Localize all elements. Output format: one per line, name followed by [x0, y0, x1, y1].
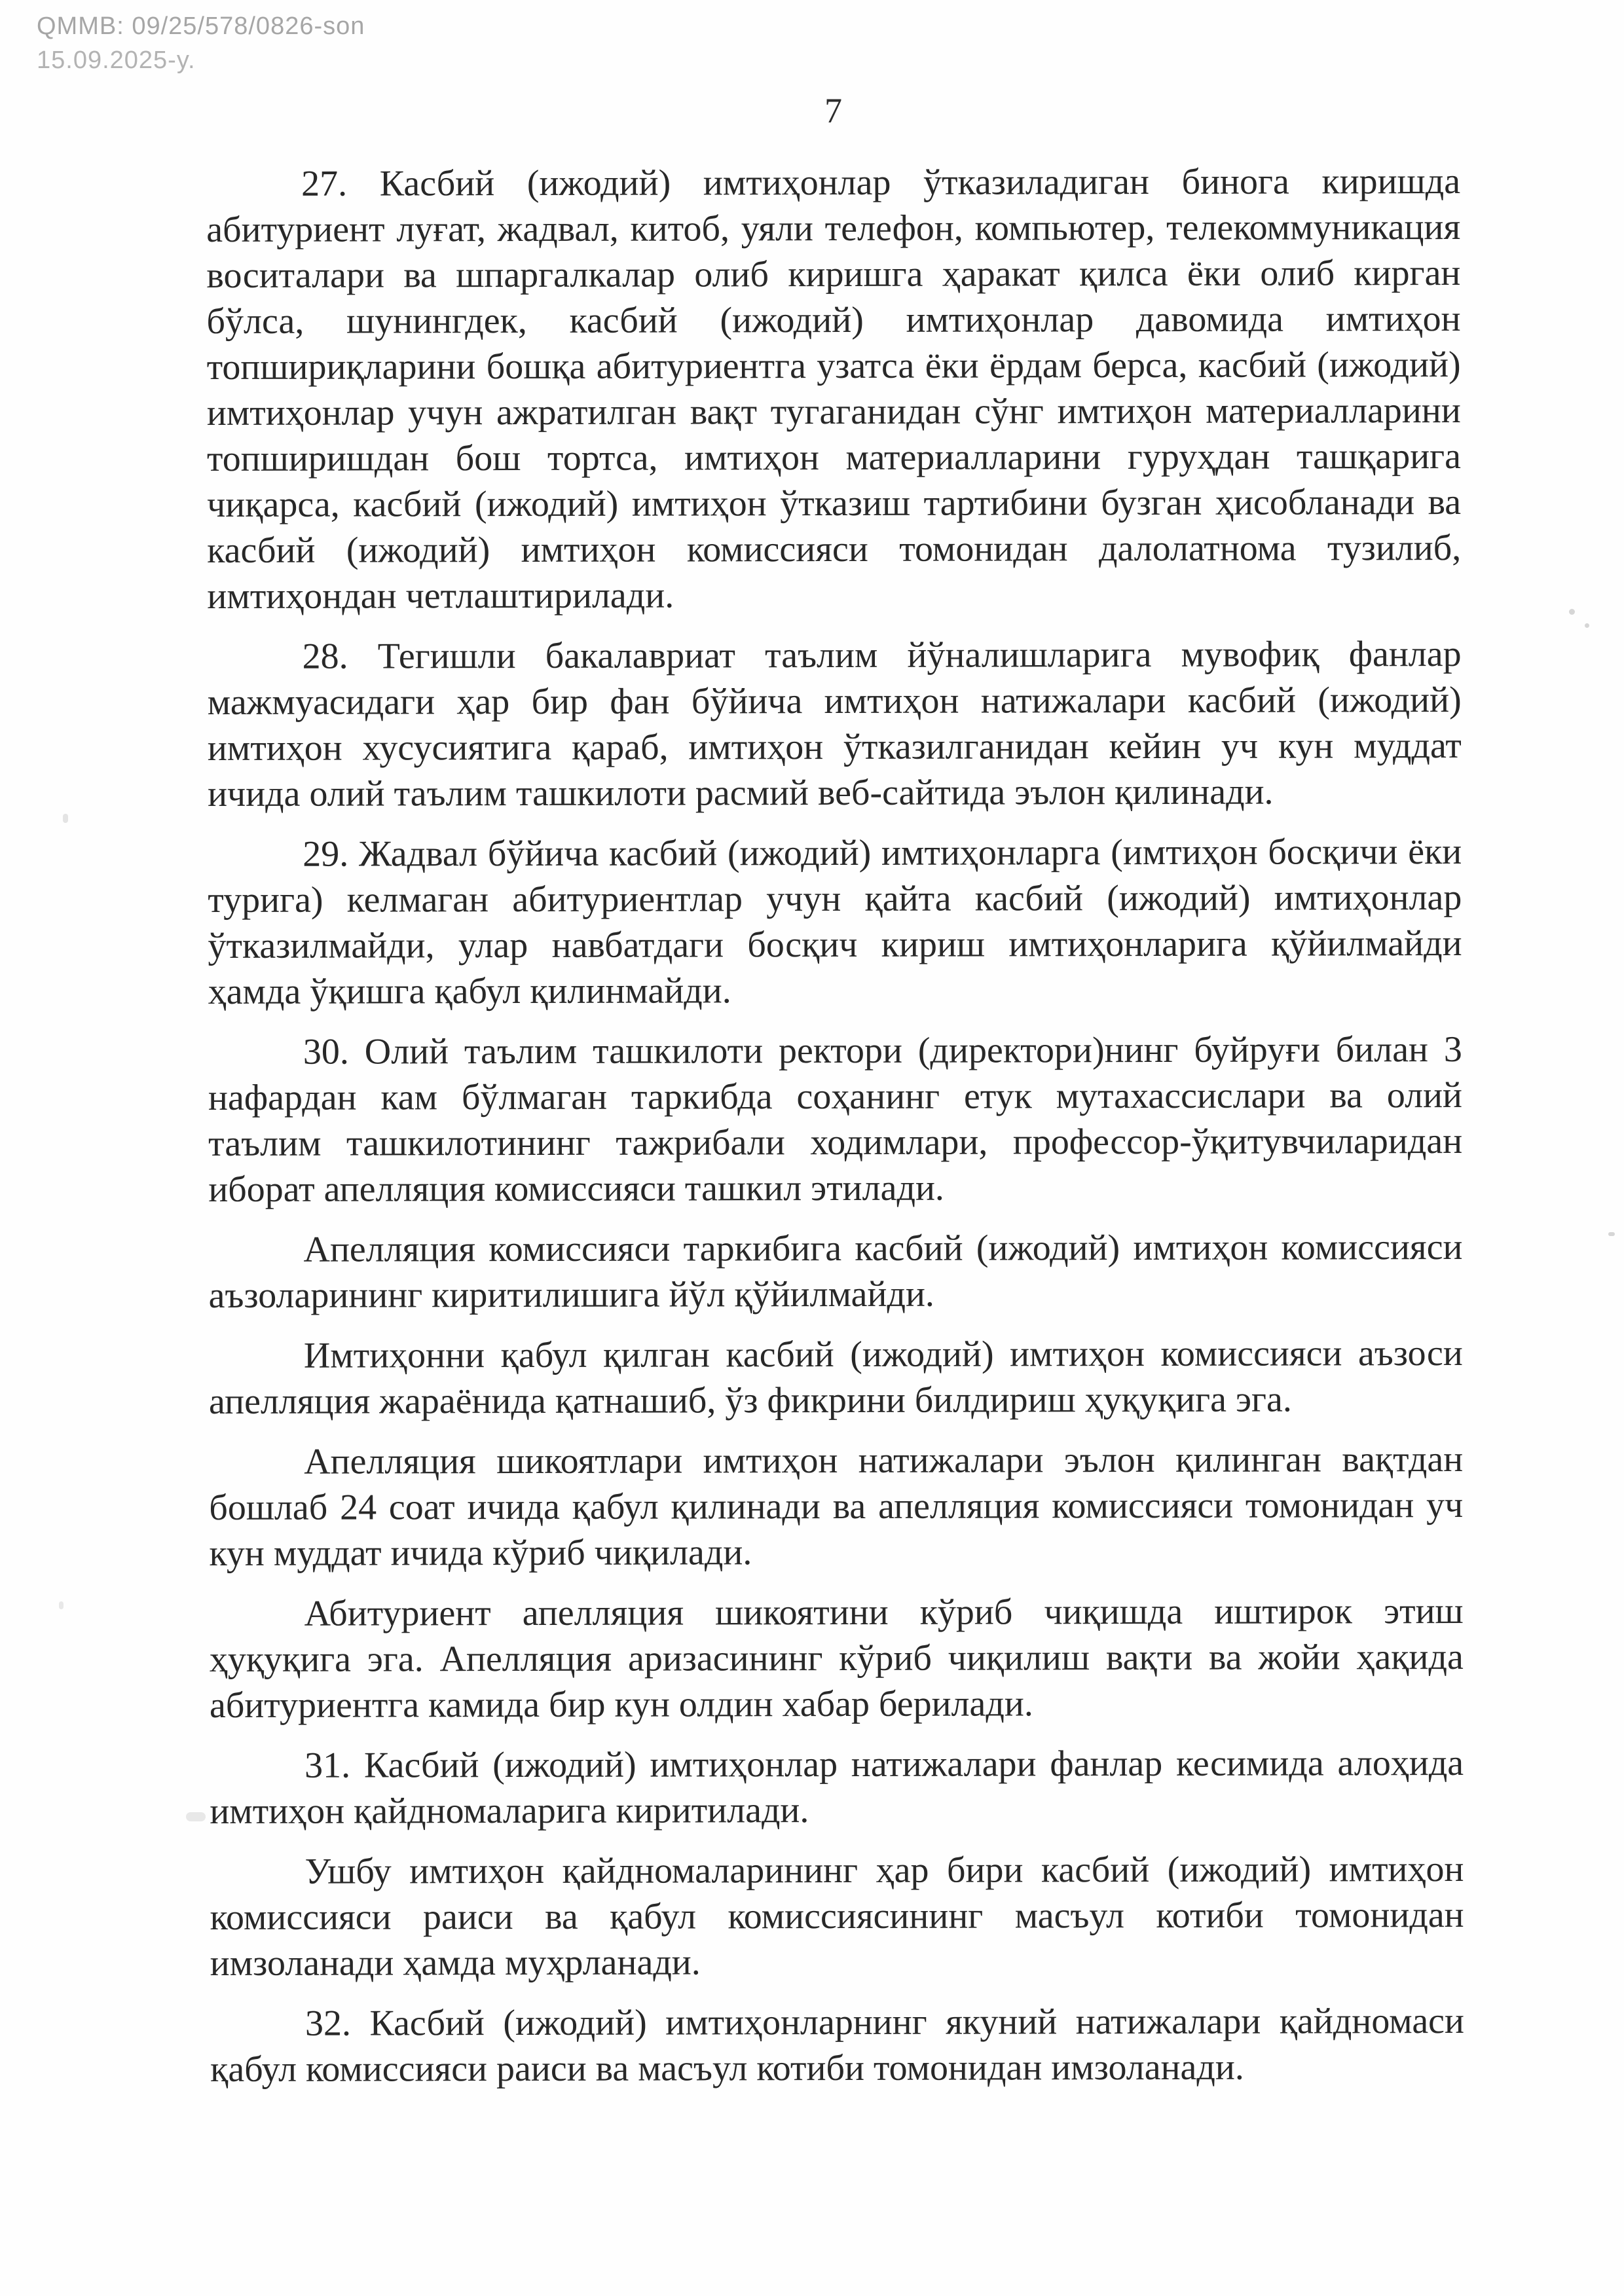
registration-date: 15.09.2025-y.	[37, 43, 365, 77]
paragraph-32: 32. Касбий (ижодий) имтиҳонларнинг якуни…	[210, 1998, 1464, 2092]
registration-header: QMMB: 09/25/578/0826-son 15.09.2025-y.	[37, 9, 365, 77]
registration-number: QMMB: 09/25/578/0826-son	[37, 9, 365, 43]
paragraph-31-sub-1: Ушбу имтиҳон қайдномаларининг ҳар бири к…	[210, 1846, 1464, 1986]
paragraph-30-sub-3: Апелляция шикоятлари имтиҳон натижалари …	[209, 1436, 1463, 1576]
scan-artifact	[186, 1812, 206, 1821]
paragraph-30-sub-2: Имтиҳонни қабул қилган касбий (ижодий) и…	[209, 1330, 1463, 1425]
paragraph-30-sub-4: Абитуриент апелляция шикоятини кўриб чиқ…	[210, 1588, 1464, 1728]
page-number: 7	[206, 90, 1460, 131]
paragraph-28: 28. Тегишли бакалавриат таълим йўналишла…	[208, 631, 1462, 817]
scan-artifact	[1608, 1232, 1615, 1236]
document-body: 27. Касбий (ижодий) имтиҳонлар ўтказилад…	[206, 158, 1464, 2107]
paragraph-29: 29. Жадвал бўйича касбий (ижодий) имтиҳо…	[208, 829, 1462, 1015]
paragraph-30: 30. Олий таълим ташкилоти ректори (дирек…	[208, 1027, 1463, 1212]
scan-artifact	[1585, 623, 1589, 628]
paragraph-31: 31. Касбий (ижодий) имтиҳонлар натижалар…	[210, 1740, 1464, 1834]
scanned-document-page: QMMB: 09/25/578/0826-son 15.09.2025-y. 7…	[0, 0, 1624, 2296]
scan-artifact	[59, 1601, 64, 1609]
scan-artifact	[63, 814, 68, 823]
paragraph-30-sub-1: Апелляция комиссияси таркибига касбий (и…	[208, 1224, 1462, 1319]
paragraph-27: 27. Касбий (ижодий) имтиҳонлар ўтказилад…	[206, 158, 1461, 619]
scan-artifact	[1569, 609, 1575, 615]
